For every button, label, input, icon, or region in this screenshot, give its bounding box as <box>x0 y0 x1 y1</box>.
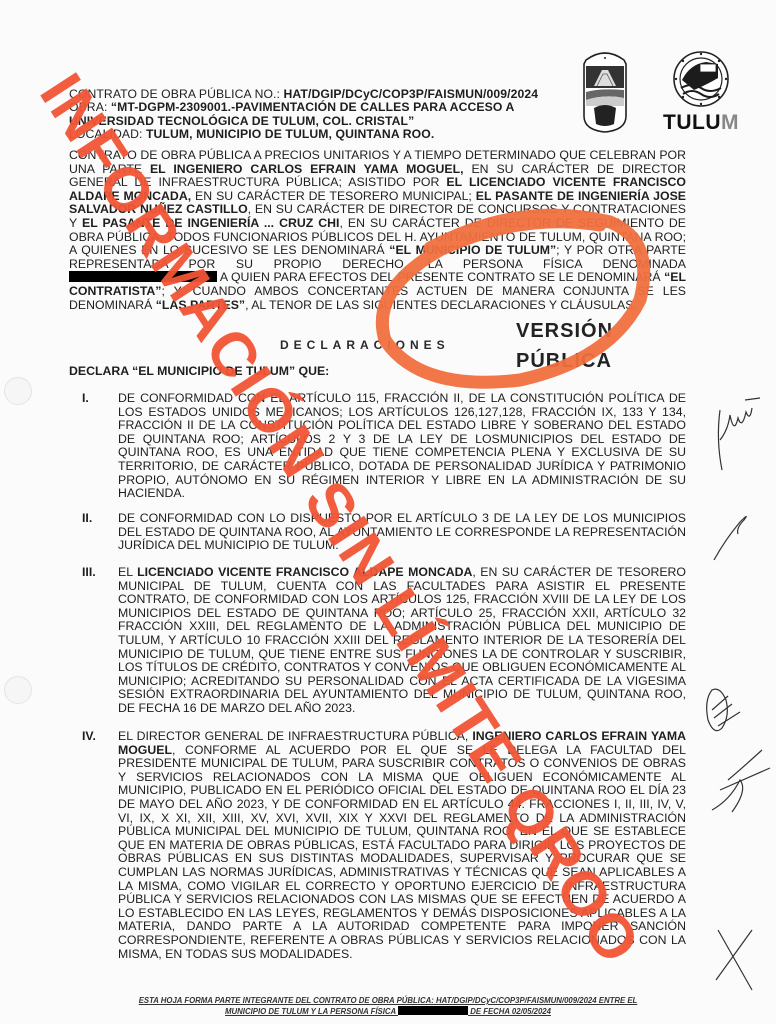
work-title: “MT-DGPM-2309001.-PAVIMENTACIÓN DE CALLE… <box>69 100 514 127</box>
declarations-subtitle: DECLARA “EL MUNICIPIO DE TULUM” QUE: <box>69 364 329 378</box>
declaration-item: II. DE CONFORMIDAD CON LO DISPUESTO POR … <box>69 512 686 553</box>
tulum-wordmark: TULUM <box>663 111 739 135</box>
public-version-stamp: VERSIÓN PÚBLICA <box>516 316 613 376</box>
work-line: OBRA: “MT-DGPM-2309001.-PAVIMENTACIÓN DE… <box>69 101 579 128</box>
declaration-item: III. EL LICENCIADO VICENTE FRANCISCO ALD… <box>69 566 686 716</box>
declaration-item: I. DE CONFORMIDAD CON EL ARTÍCULO 115, F… <box>69 392 686 501</box>
punch-hole <box>4 676 32 704</box>
locality-value: TULUM, MUNICIPIO DE TULUM, QUINTANA ROO. <box>146 127 434 141</box>
tulum-emblem-icon <box>672 50 730 108</box>
punch-hole <box>4 377 32 405</box>
declarations-title: DECLARACIONES <box>280 338 450 352</box>
intro-paragraph: CONTRATO DE OBRA PÚBLICA A PRECIOS UNITA… <box>69 149 686 312</box>
contract-number: HAT/DGIP/DCyC/COP3P/FAISMUN/009/2024 <box>284 87 539 101</box>
logos: TULUM <box>578 46 768 142</box>
redaction-bar <box>69 271 217 282</box>
coat-of-arms-icon <box>580 50 630 134</box>
signature-icon <box>707 398 770 990</box>
redaction-bar <box>398 1006 468 1015</box>
page-footer: ESTA HOJA FORMA PARTE INTEGRANTE DEL CON… <box>70 996 706 1017</box>
document-page: CONTRATO DE OBRA PÚBLICA NO.: HAT/DGIP/D… <box>0 0 776 1024</box>
locality-line: LOCALIDAD: TULUM, MUNICIPIO DE TULUM, QU… <box>69 128 579 141</box>
contract-header: CONTRATO DE OBRA PÚBLICA NO.: HAT/DGIP/D… <box>69 88 579 142</box>
declaration-item: IV. EL DIRECTOR GENERAL DE INFRAESTRUCTU… <box>69 730 686 961</box>
